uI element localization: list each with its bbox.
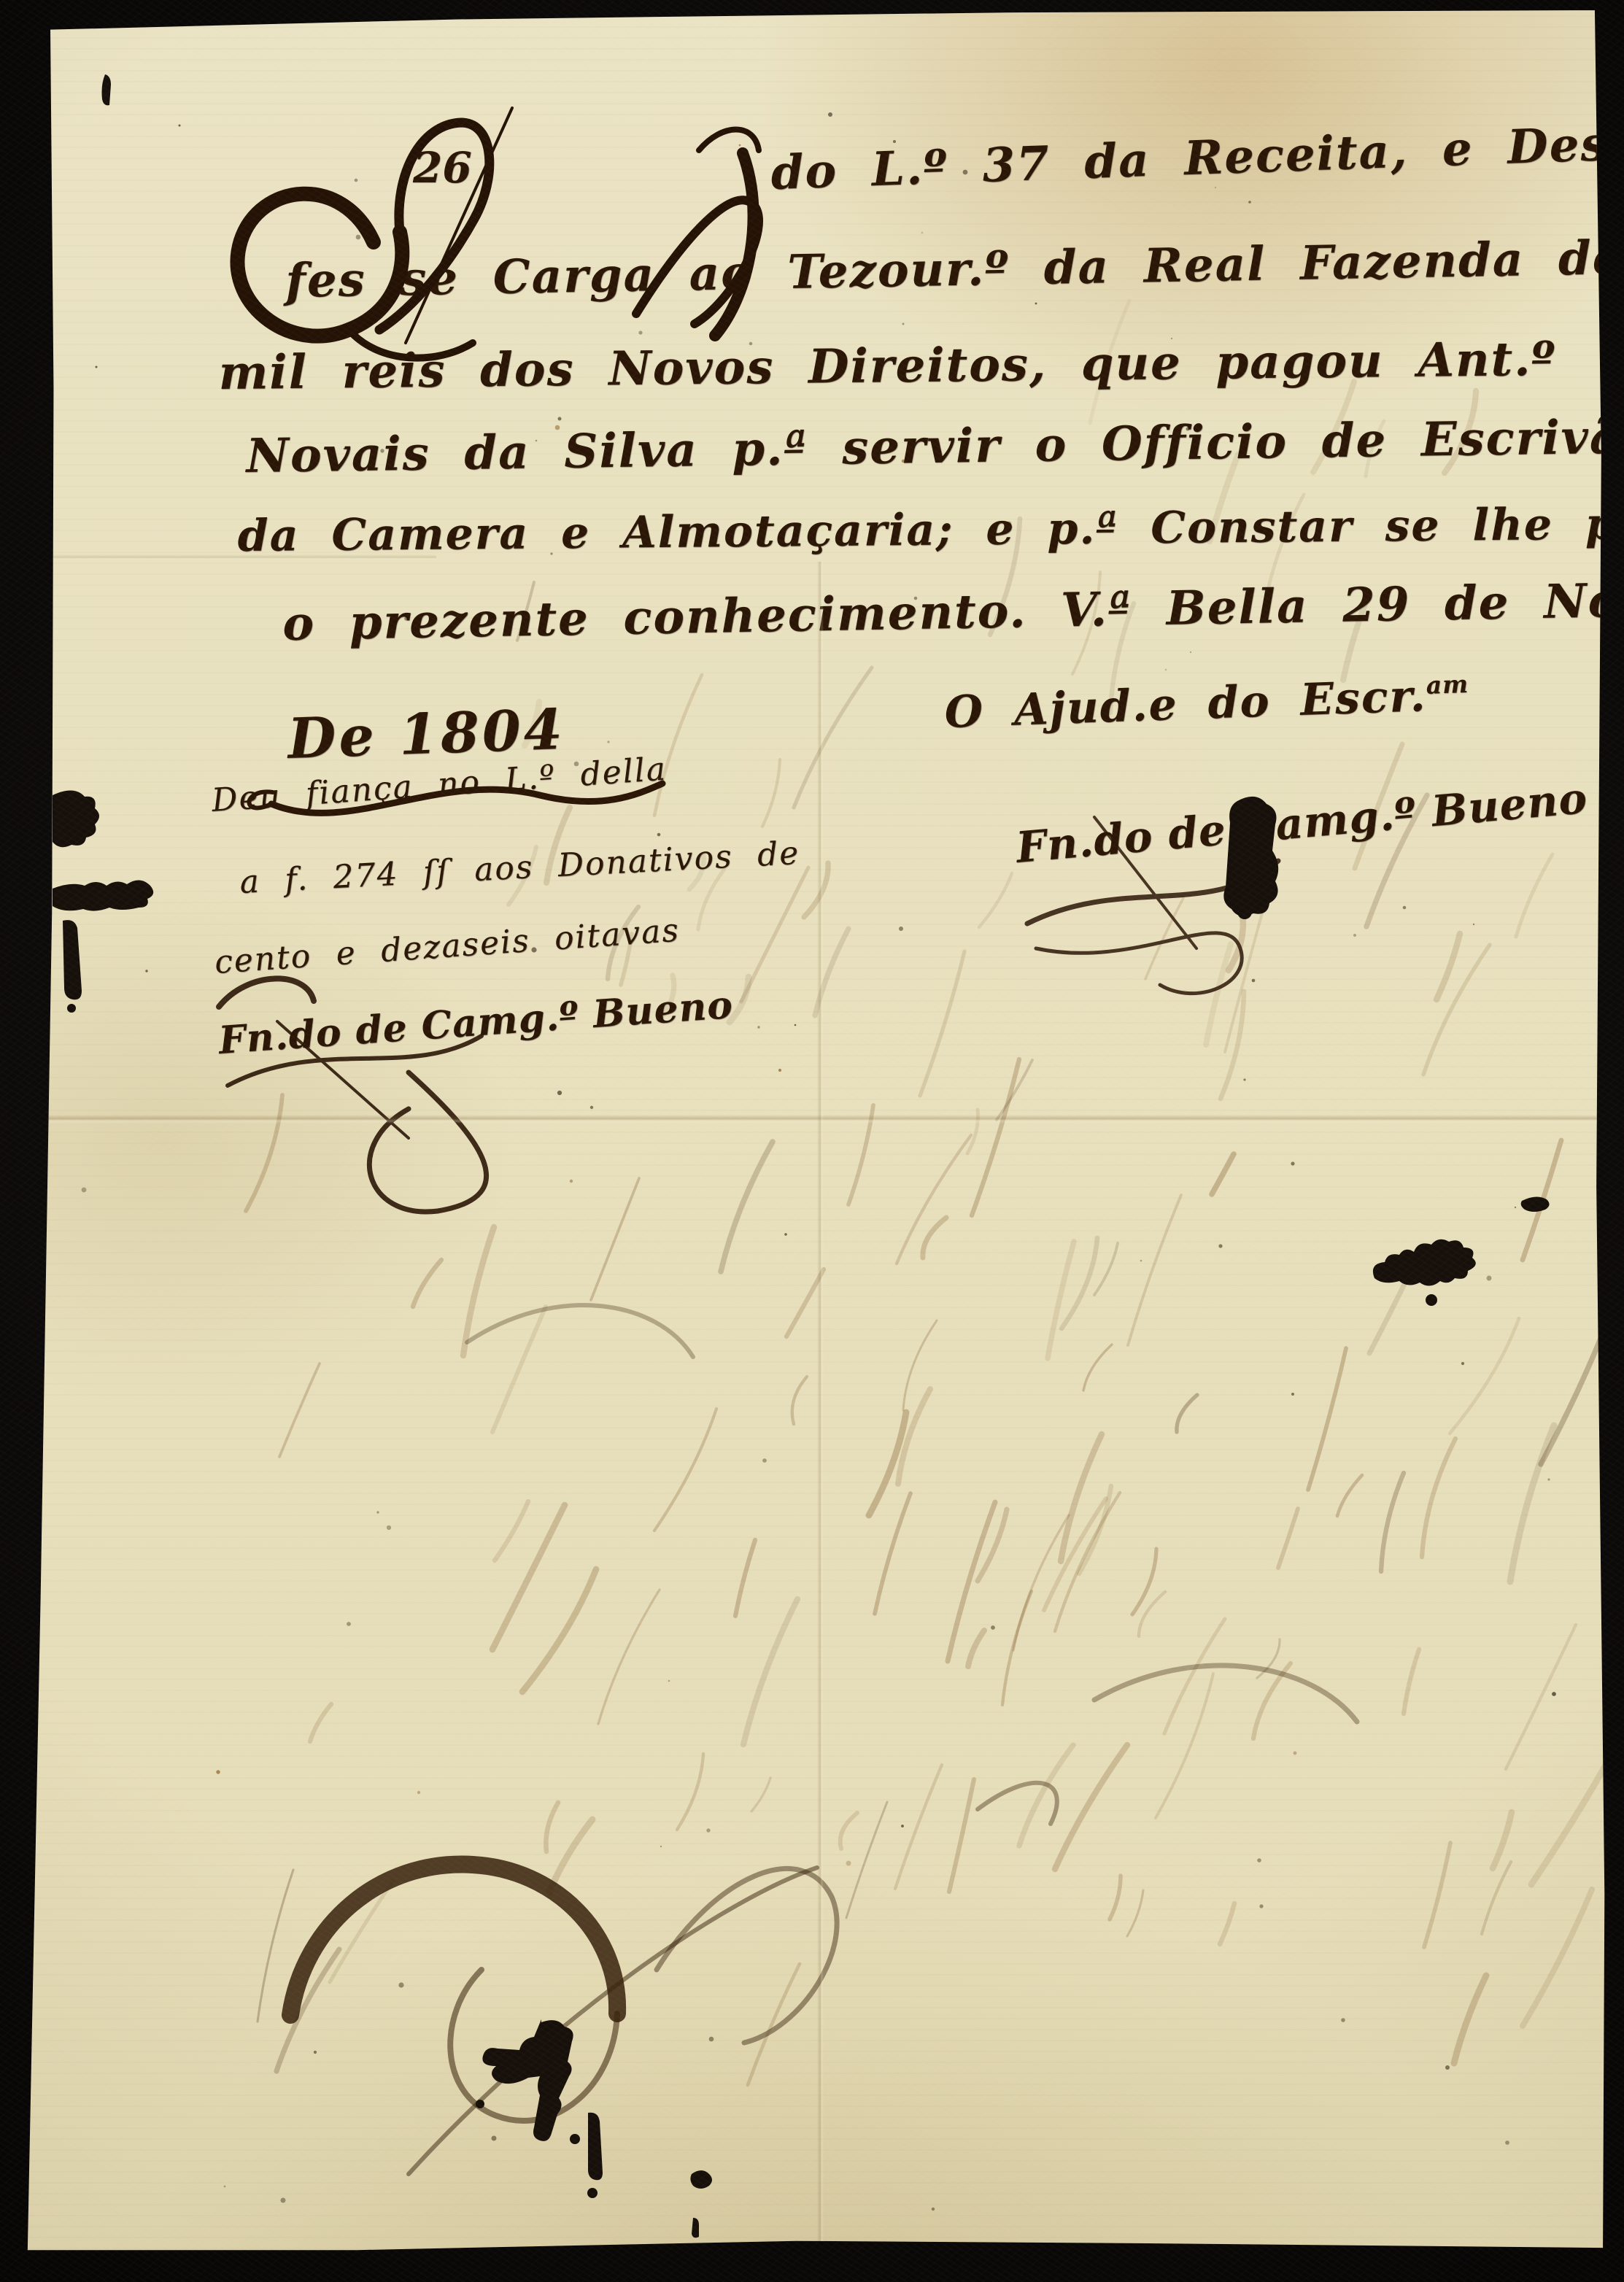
- ink-blot-bottom-small: [690, 2170, 712, 2189]
- ink-blot-right-middle: [1373, 1239, 1476, 1286]
- fianca-note-line-3: cento e dezaseis oitavas: [213, 912, 681, 981]
- body-line-4: da Camera e Almotaçaria; e p.ª Constar s…: [237, 498, 1624, 562]
- show-through-flourish: [290, 1305, 1357, 2174]
- ink-blot-left-edge-branch: [53, 880, 153, 910]
- ink-blot-bottom-main: [482, 2019, 573, 2141]
- ink-blot-right-comma: [1521, 1196, 1550, 1212]
- right-signature: Fn.do de Camg.º Bueno: [1014, 773, 1590, 873]
- photo-backdrop: 26 do L.º 37 da Receita, e Despeza fes s…: [0, 0, 1624, 2282]
- ink-blot-bottom-drip: [588, 2113, 603, 2181]
- ink-blot-left-edge-drip: [63, 920, 82, 999]
- fianca-note-line-2: a f. 274 ſſ aos Donativos de: [239, 835, 800, 901]
- right-block-title-main: O Ajud.e do Escr.: [944, 670, 1428, 738]
- left-signature: Fn.do de Camg.º Bueno: [217, 983, 735, 1063]
- right-block-title-superscript: am: [1426, 670, 1469, 700]
- fold-crease-horizontal: [0, 1115, 1624, 1123]
- ink-blot-top-left-dash: [102, 74, 112, 105]
- heading-registry-line: do L.º 37 da Receita, e Despeza: [770, 112, 1624, 201]
- manuscript-paper: 26 do L.º 37 da Receita, e Despeza fes s…: [0, 0, 1624, 2282]
- body-line-1: fes se Carga ao Tezour.º da Real Fazenda…: [285, 228, 1624, 309]
- right-block-title: O Ajud.e do Escr.am: [944, 669, 1470, 738]
- fold-crease-horizontal-upper: [42, 554, 436, 560]
- fold-crease-vertical: [817, 562, 824, 2250]
- body-line-5: o prezente conhecimento. V.ª Bella 29 de…: [282, 571, 1624, 651]
- body-line-2: mil reis dos Novos Direitos, que pagou A…: [218, 332, 1556, 401]
- body-line-3: Novais da Silva p.ª servir o Officio de …: [246, 409, 1624, 484]
- ink-blot-left-edge-top: [53, 790, 99, 847]
- opening-flourish-icon: [238, 108, 759, 358]
- heading-number: 26: [413, 143, 472, 193]
